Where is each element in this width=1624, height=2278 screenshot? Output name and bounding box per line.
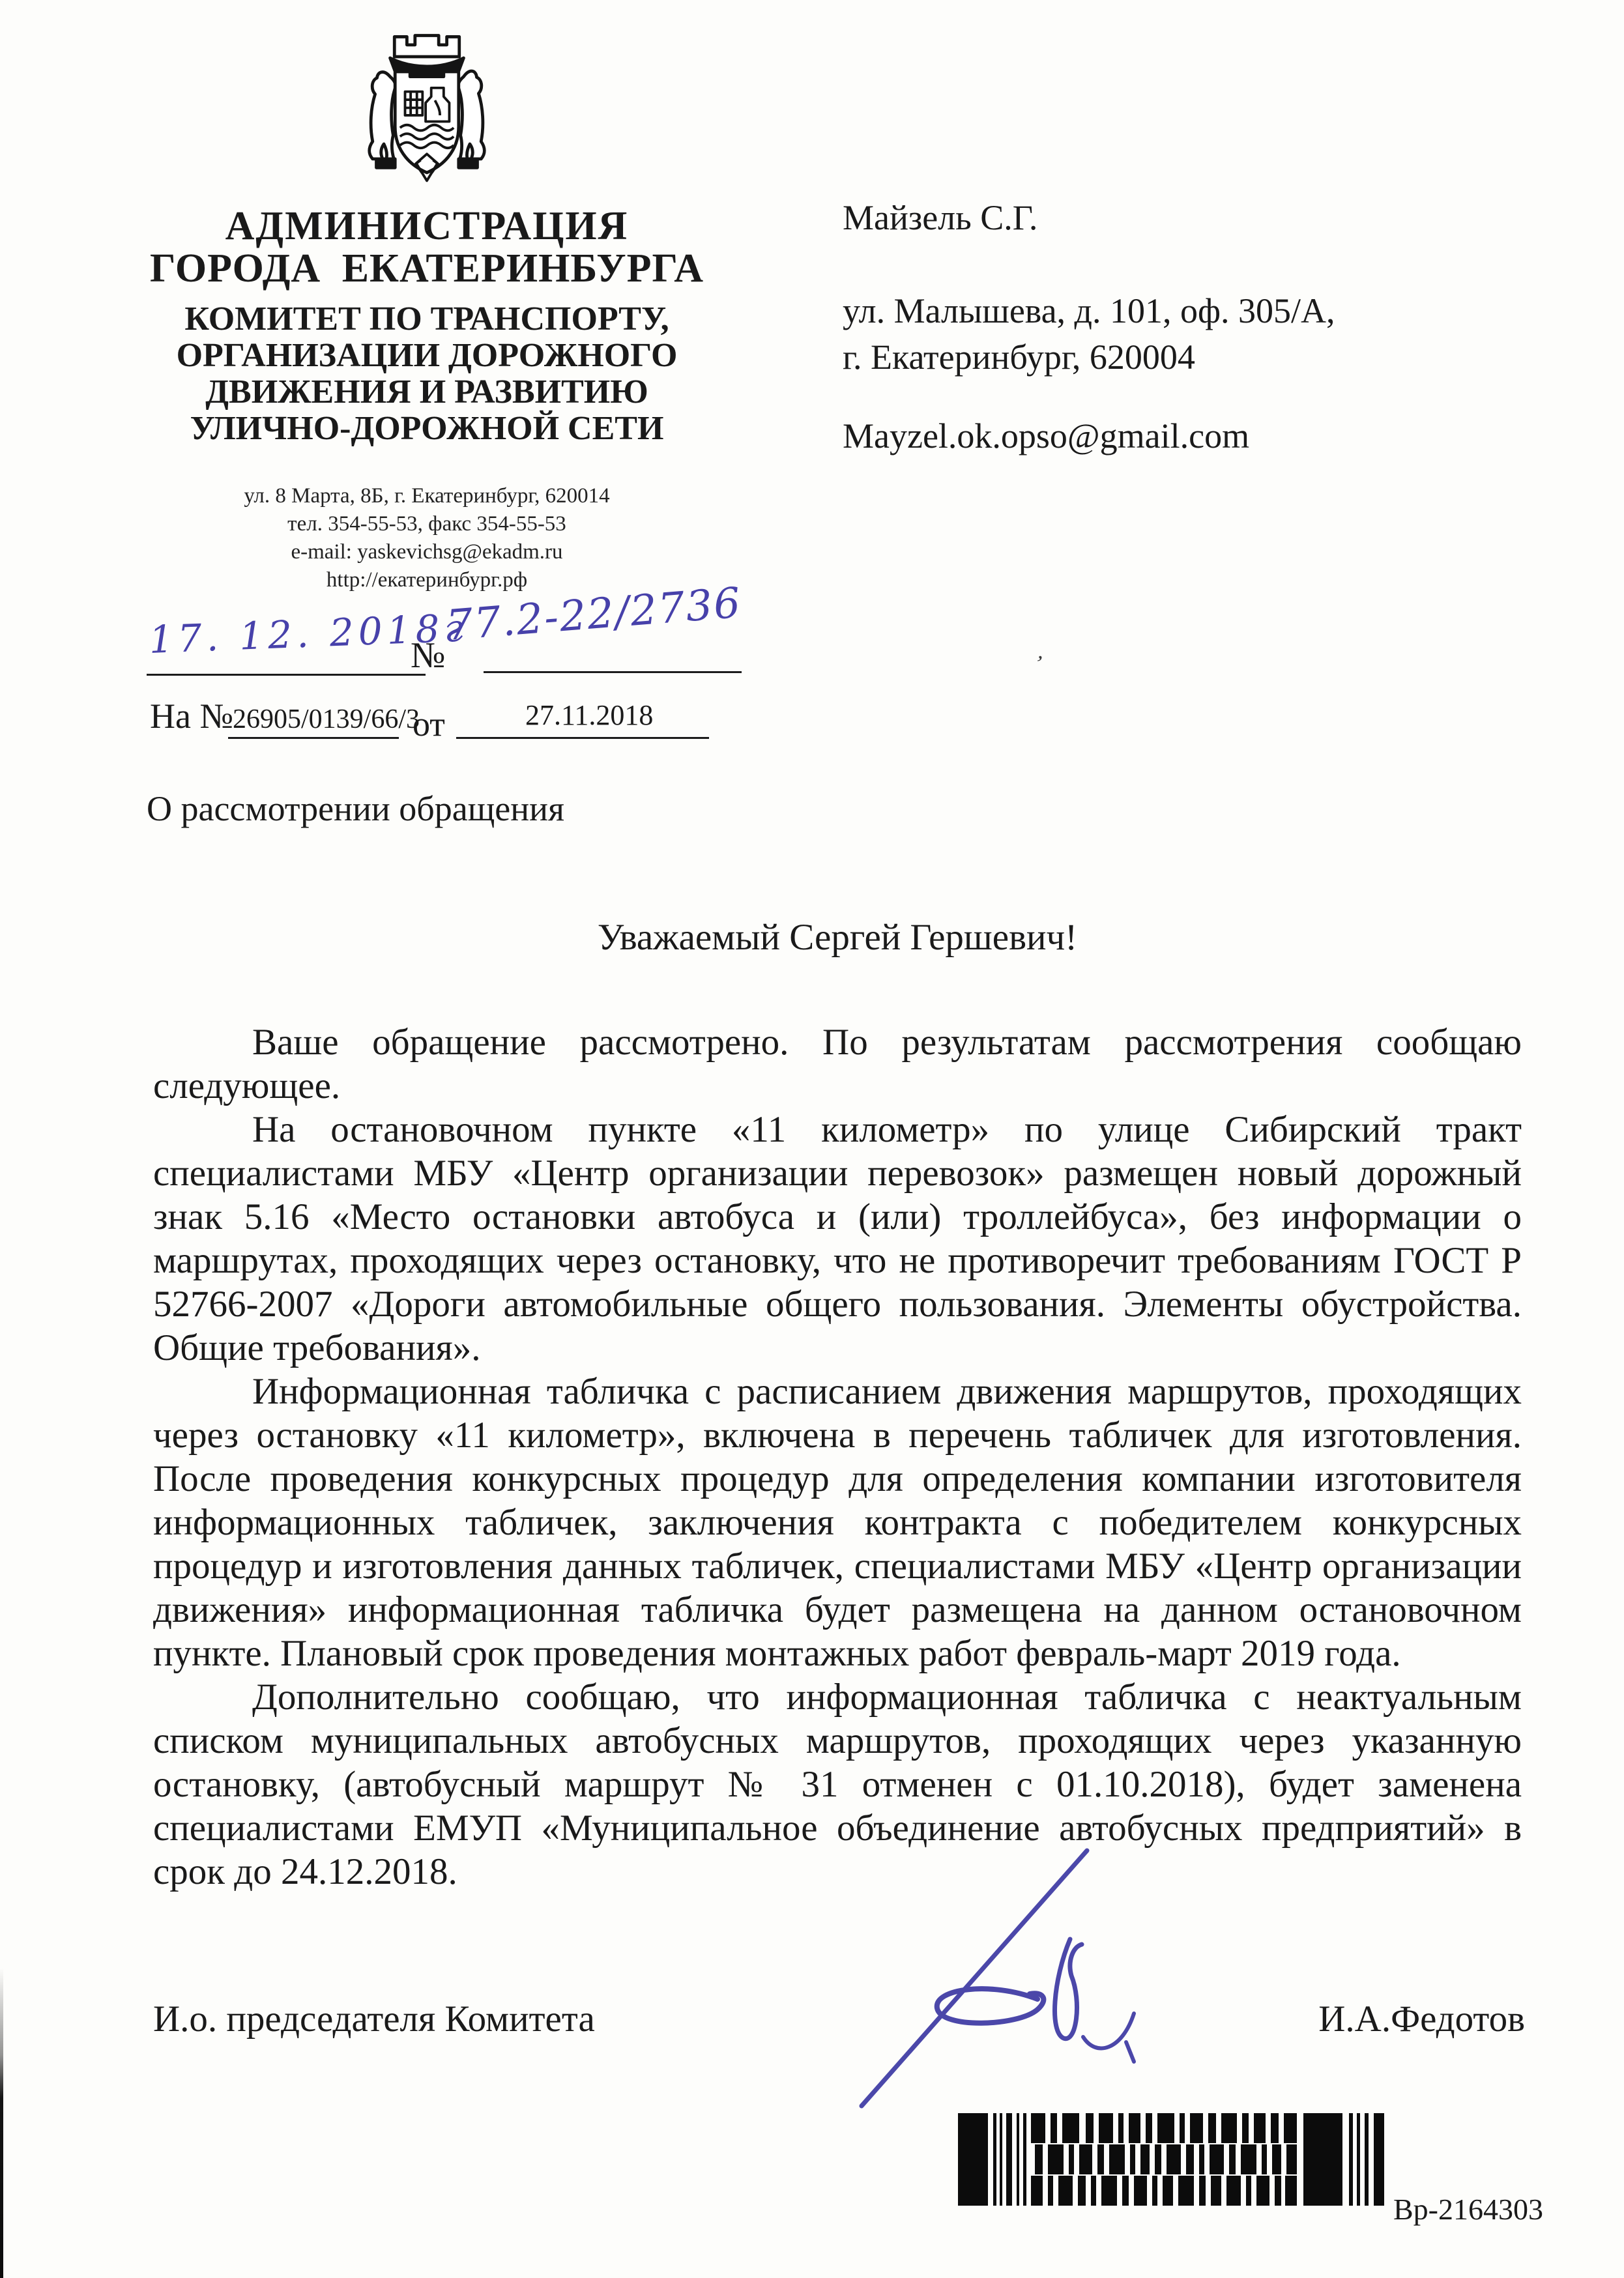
incoming-date: 27.11.2018	[525, 699, 653, 732]
salutation: Уважаемый Сергей Гершевич!	[153, 916, 1522, 959]
stray-pen-mark: ’	[1032, 651, 1045, 677]
reply-to-label: На №	[150, 696, 233, 736]
subject-line: О рассмотрении обращения	[147, 788, 564, 829]
from-label: от	[413, 704, 445, 744]
incoming-number: 26905/0139/66/3	[233, 704, 420, 735]
signer-position: И.о. председателя Комитета	[153, 1998, 595, 2040]
body-paragraph: На остановочном пункте «11 километр» по …	[153, 1108, 1522, 1370]
barcode-label: Вр-2164303	[1393, 2192, 1543, 2227]
scanned-letter-page: АДМИНИСТРАЦИЯ ГОРОДА ЕКАТЕРИНБУРГА КОМИТ…	[0, 0, 1624, 2278]
coat-of-arms-yekaterinburg	[355, 26, 499, 203]
signer-name: И.А.Федотов	[1318, 1998, 1525, 2040]
handwritten-signature	[828, 1843, 1180, 2116]
body-paragraph: Ваше обращение рассмотрено. По результат…	[153, 1020, 1522, 1108]
incoming-number-underline	[228, 737, 399, 739]
dept-line2: ОРГАНИЗАЦИИ ДОРОЖНОГО	[98, 338, 756, 374]
org-name-line2: ГОРОДА ЕКАТЕРИНБУРГА	[98, 246, 756, 292]
recipient-email: Mayzel.ok.opso@gmail.com	[843, 416, 1559, 456]
dept-line3: ДВИЖЕНИЯ И РАЗВИТИЮ	[98, 374, 756, 411]
recipient-address-line1: ул. Малышева, д. 101, оф. 305/А,	[843, 291, 1559, 331]
date-underline	[147, 674, 426, 676]
dept-line4: УЛИЧНО-ДОРОЖНОЙ СЕТИ	[98, 411, 756, 447]
sender-postal-address: ул. 8 Марта, 8Б, г. Екатеринбург, 620014	[98, 482, 756, 510]
department-name: КОМИТЕТ ПО ТРАНСПОРТУ, ОРГАНИЗАЦИИ ДОРОЖ…	[98, 301, 756, 447]
dept-line1: КОМИТЕТ ПО ТРАНСПОРТУ,	[98, 301, 756, 338]
number-underline	[484, 671, 742, 673]
incoming-date-underline	[456, 737, 709, 739]
sender-contact-block: ул. 8 Марта, 8Б, г. Екатеринбург, 620014…	[98, 482, 756, 594]
number-sign-label: №	[411, 635, 445, 676]
registration-barcode	[958, 2113, 1387, 2206]
sender-phone-fax: тел. 354-55-53, факс 354-55-53	[98, 510, 756, 538]
body-paragraph: Информационная табличка с расписанием дв…	[153, 1370, 1522, 1675]
letter-body: Ваше обращение рассмотрено. По результат…	[153, 1020, 1522, 1894]
recipient-address-line2: г. Екатеринбург, 620004	[843, 337, 1559, 377]
recipient-name: Майзель С.Г.	[843, 197, 1559, 238]
org-name-line1: АДМИНИСТРАЦИЯ	[98, 203, 756, 250]
scan-edge-artifact	[0, 1968, 3, 2278]
sender-email: e-mail: yaskevichsg@ekadm.ru	[98, 538, 756, 566]
signature-row: И.о. председателя Комитета И.А.Федотов	[153, 1998, 1525, 2040]
